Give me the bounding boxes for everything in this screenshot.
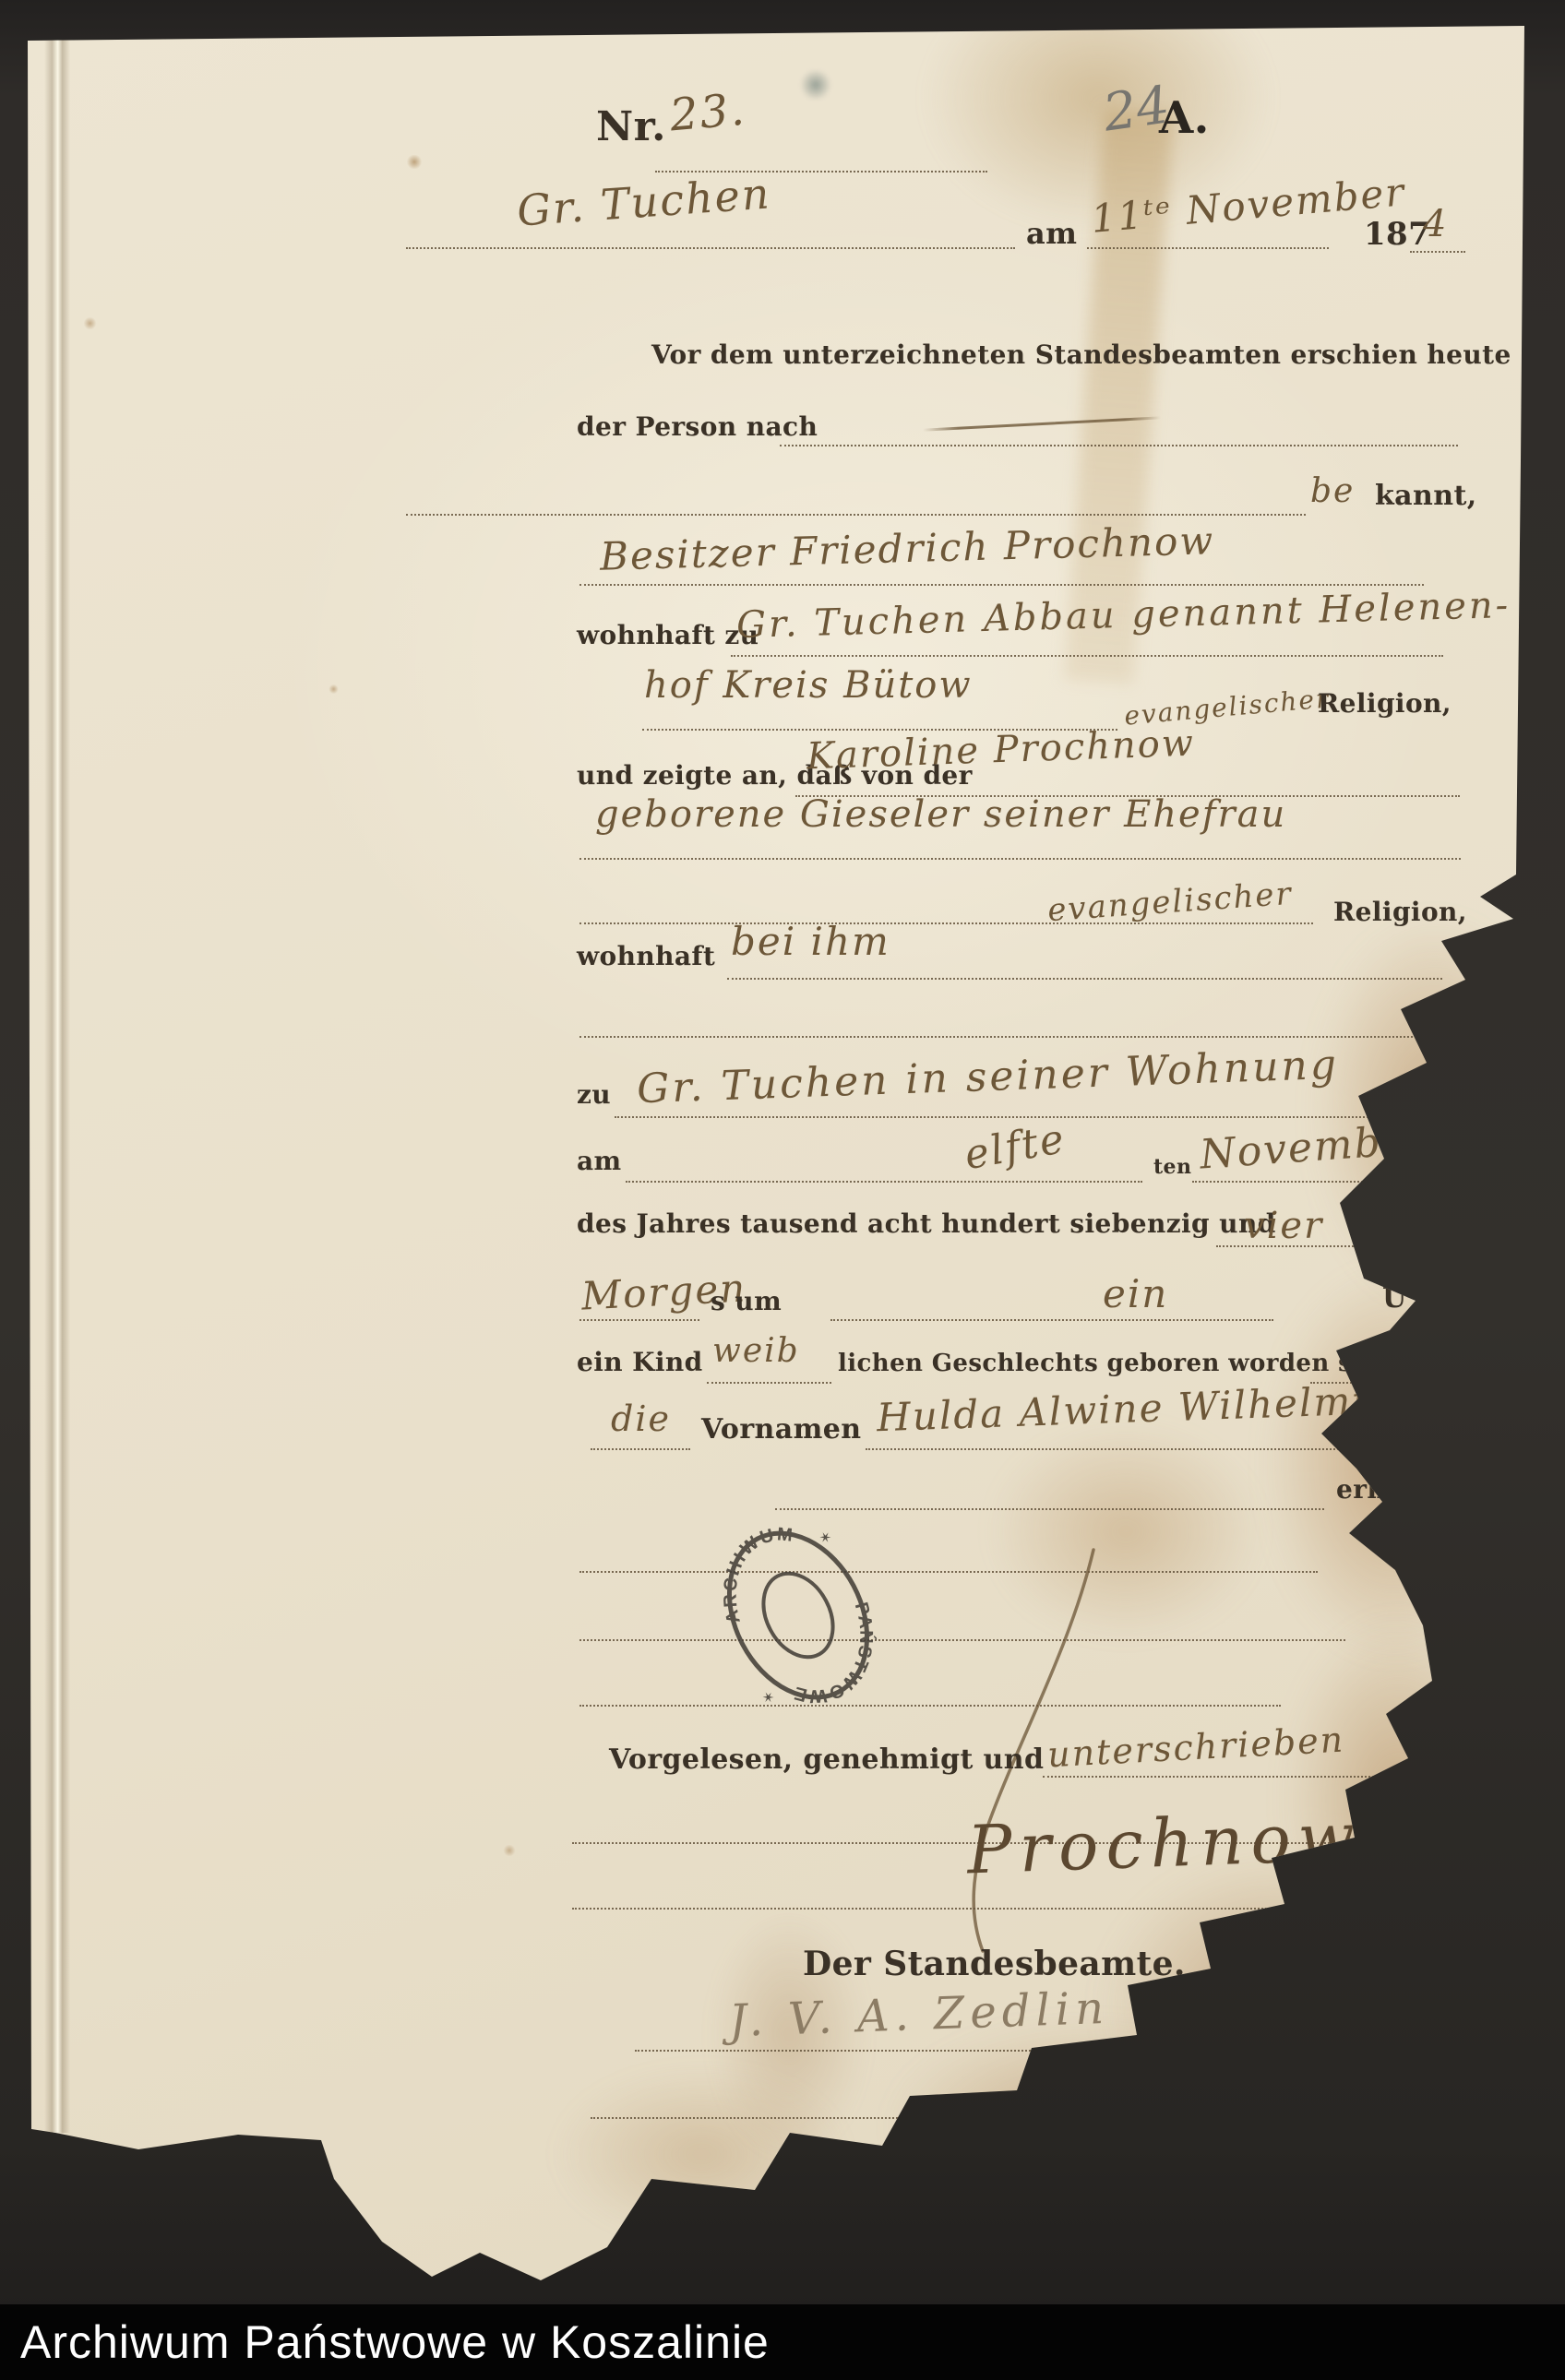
dotted-line xyxy=(635,2050,1101,2052)
vornamen-label: Vornamen xyxy=(701,1413,861,1446)
dotted-line xyxy=(579,1036,1442,1038)
erhalten-label: erhalten hab xyxy=(1336,1474,1525,1505)
religion2-handwritten: evangelischer xyxy=(1046,875,1294,929)
dotted-line xyxy=(866,1448,1430,1450)
am2-label: am xyxy=(577,1146,622,1176)
dotted-line xyxy=(579,922,1313,924)
dotted-line xyxy=(615,1116,1442,1118)
dotted-line xyxy=(579,1705,1281,1707)
uhr-label-torn: U xyxy=(1382,1282,1407,1315)
registrar-signature: J. V. A. Zedlin xyxy=(728,1982,1110,2047)
dotted-line xyxy=(626,1181,1142,1183)
dotted-line xyxy=(572,1908,1444,1910)
dotted-line xyxy=(591,1448,690,1450)
vorgelesen-label: Vorgelesen, genehmigt und xyxy=(609,1743,1044,1776)
dotted-line xyxy=(707,1382,831,1384)
religion1-label: Religion, xyxy=(1318,688,1452,719)
stain xyxy=(1098,1854,1458,2159)
intro-line: Vor dem unterzeichneten Standesbeamten e… xyxy=(651,339,1511,370)
sex-handwritten: weib xyxy=(712,1332,800,1370)
dotted-line xyxy=(591,2117,997,2119)
stain xyxy=(329,684,339,694)
nr-value: 23. xyxy=(668,84,748,142)
child-names: Hulda Alwine Wilhelmine xyxy=(876,1376,1418,1440)
dotted-line xyxy=(579,1319,699,1321)
ten-label: ten xyxy=(1153,1155,1191,1179)
stain xyxy=(1264,1264,1523,1660)
dotted-line xyxy=(830,1319,1273,1321)
year-line-label: des Jahres tausend acht hundert siebenzi… xyxy=(577,1208,1276,1239)
birth-place: Gr. Tuchen in seiner Wohnung xyxy=(636,1041,1339,1113)
nr-label: Nr. xyxy=(596,103,666,150)
stain xyxy=(83,317,97,329)
wohnhaft-zu-label: wohnhaft zu xyxy=(577,620,759,650)
mother-line2: geborene Gieseler seiner Ehefrau xyxy=(595,793,1286,836)
date-day-month: 11ᵗᵉ November xyxy=(1090,169,1408,242)
dotted-line xyxy=(731,655,1443,657)
dotted-line xyxy=(1087,247,1329,249)
dotted-line xyxy=(1410,251,1465,253)
registrar-label: Der Standesbeamte. xyxy=(803,1945,1186,1983)
residence-line2: hof Kreis Bütow xyxy=(644,664,973,707)
religion2-label: Religion, xyxy=(1333,897,1467,927)
svg-text:PAŃSTWOWE: PAŃSTWOWE xyxy=(765,1597,905,1721)
stain xyxy=(406,155,423,169)
kind-label1: ein Kind xyxy=(577,1347,703,1377)
dotted-line xyxy=(579,584,1424,586)
archive-stamp: ARCHIWUM PAŃSTWOWE ✶ ✶ xyxy=(659,1468,938,1762)
kind-label2: lichen Geschlechts geboren worden sei, w… xyxy=(838,1350,1503,1377)
form-letter-label: A. xyxy=(1159,92,1210,144)
am-label: am xyxy=(1026,216,1077,251)
dotted-line xyxy=(775,1508,1324,1510)
dotted-line xyxy=(579,858,1461,860)
dotted-line xyxy=(727,978,1442,980)
document-page: 24 A. Nr. 23. Gr. Tuchen am 11ᵗᵉ Novembe… xyxy=(0,0,1565,2380)
stamp-inner-oval xyxy=(749,1562,846,1670)
residence-line1: Gr. Tuchen Abbau genannt Helenen- xyxy=(736,584,1511,647)
stain xyxy=(554,2066,849,2242)
archive-caption: Archiwum Państwowe w Koszalinie xyxy=(0,2315,770,2369)
declarant-name: Besitzer Friedrich Prochnow xyxy=(599,518,1214,578)
archive-caption-bar: Archiwum Państwowe w Koszalinie xyxy=(0,2304,1565,2380)
year-digit: 4 xyxy=(1423,203,1448,245)
wohnhaft-label: wohnhaft xyxy=(577,941,715,971)
declarant-signature: Prochnow xyxy=(966,1798,1364,1889)
s-um-label: s um xyxy=(711,1286,782,1316)
pen-dash xyxy=(923,416,1161,431)
dotted-line xyxy=(1043,1776,1444,1778)
dotted-line xyxy=(780,445,1458,446)
hour-word: ein xyxy=(1103,1271,1168,1316)
bekannt-handwritten: be xyxy=(1310,472,1355,510)
stamp-star-icon: ✶ xyxy=(759,1688,778,1708)
person-label: der Person nach xyxy=(577,411,818,442)
dotted-line xyxy=(406,247,1015,249)
stamp-arc-top-text: ARCHIWUM xyxy=(692,1512,824,1630)
place-value: Gr. Tuchen xyxy=(515,168,772,235)
binding-crease xyxy=(44,31,70,2133)
zu-label: zu xyxy=(577,1079,611,1110)
svg-text:ARCHIWUM: ARCHIWUM xyxy=(692,1512,824,1630)
stamp-arc-bottom-text: PAŃSTWOWE xyxy=(765,1597,905,1721)
year-word: vier xyxy=(1244,1205,1323,1247)
birth-day: elfte xyxy=(961,1115,1069,1179)
die-handwritten: die xyxy=(611,1398,671,1439)
birth-month: November xyxy=(1199,1115,1431,1178)
bekannt-printed: kannt, xyxy=(1375,480,1477,512)
year-printed: 187 xyxy=(1364,216,1430,253)
scan-background: 24 A. Nr. 23. Gr. Tuchen am 11ᵗᵉ Novembe… xyxy=(0,0,1565,2380)
stain xyxy=(503,1845,516,1856)
ink-smudge xyxy=(799,70,832,100)
dotted-line xyxy=(1192,1181,1443,1183)
stain xyxy=(886,2020,1292,2232)
stain xyxy=(1310,913,1559,1310)
wohnhaft-handwritten: bei ihm xyxy=(731,919,890,964)
dotted-line xyxy=(406,514,1306,516)
